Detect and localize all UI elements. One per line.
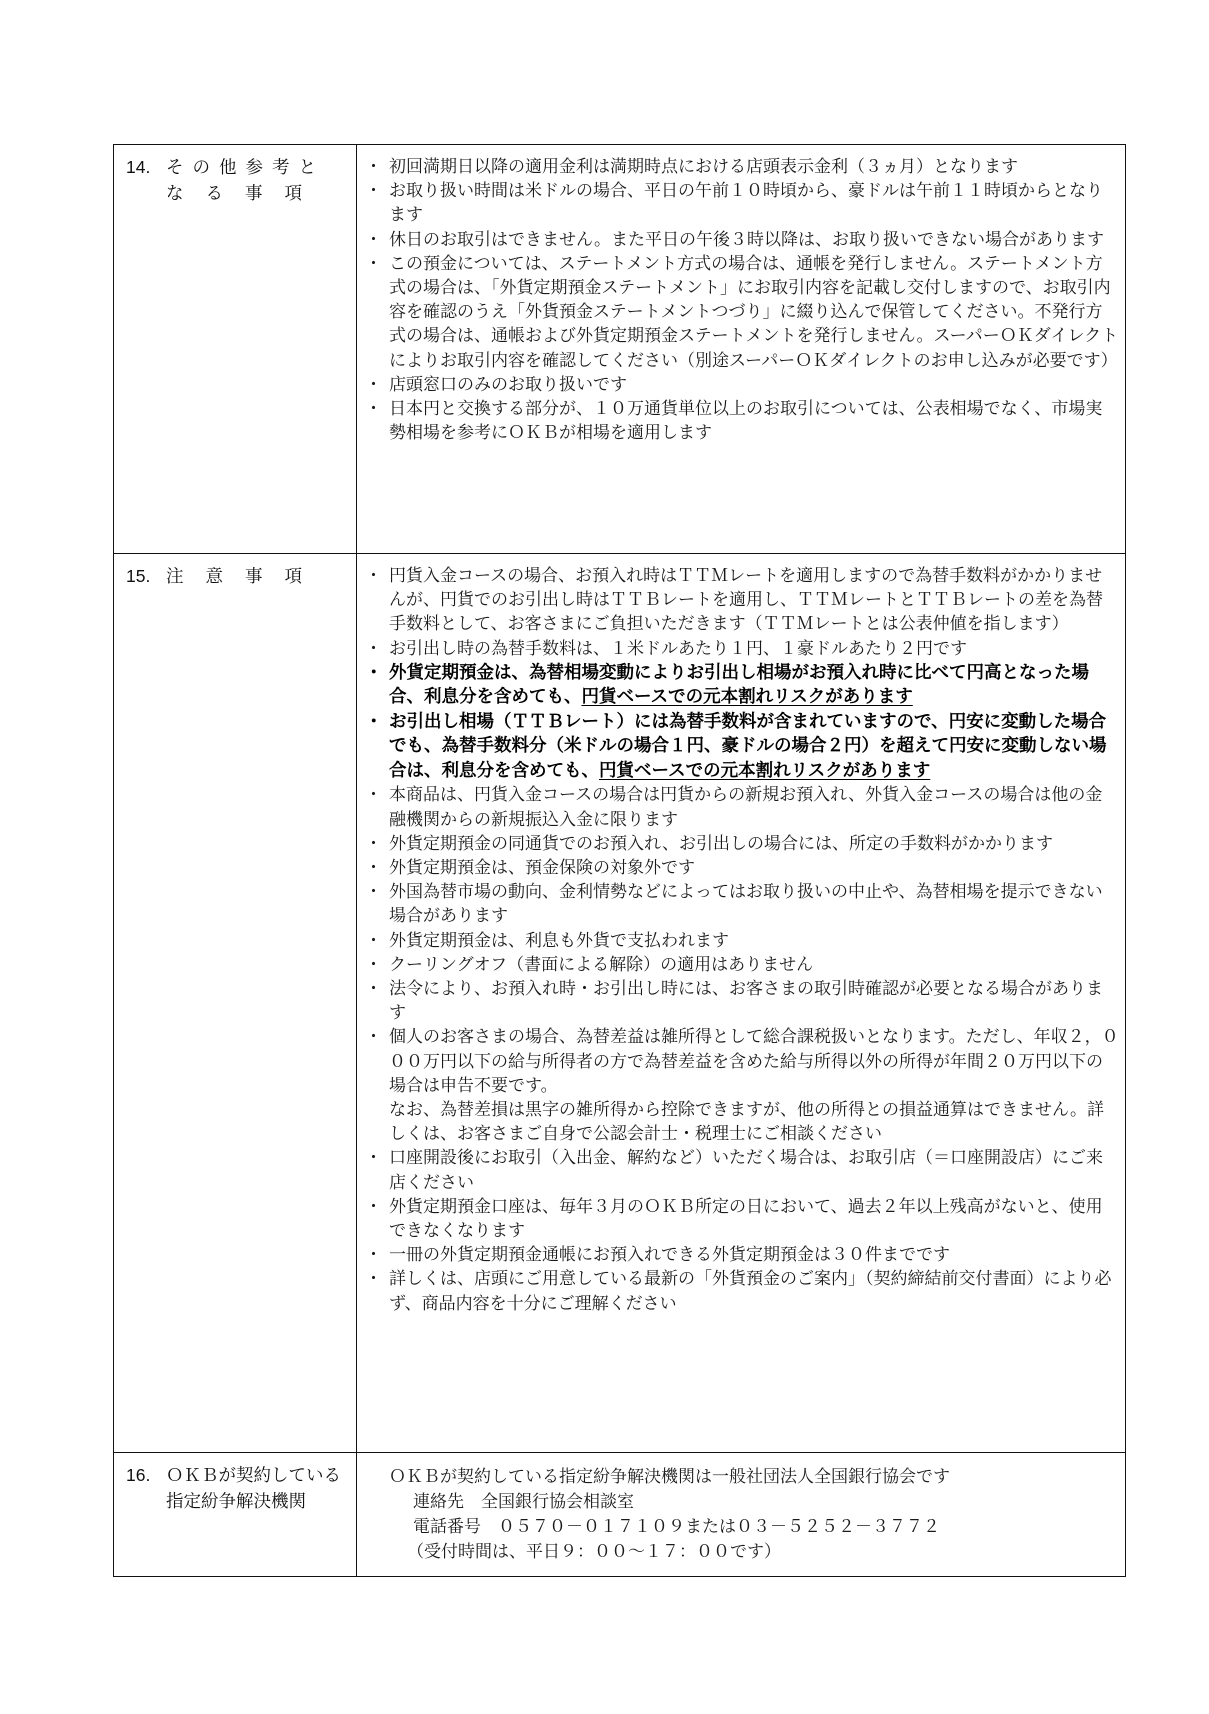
section-14-row: 14.その他参考と なる事項 初回満期日以降の適用金利は満期時点における店頭表示… xyxy=(114,145,1126,554)
list-item: 外貨定期預金は、預金保険の対象外です xyxy=(369,856,1119,880)
list-item: 一冊の外貨定期預金通帳にお預入れできる外貨定期預金は３０件までです xyxy=(369,1243,1119,1267)
section-title-line2: 指定紛争解決機関 xyxy=(166,1491,306,1511)
list-item-risk-warning: 外貨定期預金は、為替相場変動によりお引出し相場がお預入れ時に比べて円高となった場… xyxy=(369,661,1119,710)
list-item: 日本円と交換する部分が、１０万通貨単位以上のお取引については、公表相場でなく、市… xyxy=(369,397,1119,445)
section-14-list: 初回満期日以降の適用金利は満期時点における店頭表示金利（３ヵ月）となります お取… xyxy=(357,145,1125,449)
list-item: 本商品は、円貨入金コースの場合は円貨からの新規お預入れ、外貨入金コースの場合は他… xyxy=(369,783,1119,831)
business-hours: （受付時間は、平日９：００～１７：００です） xyxy=(389,1540,1119,1565)
section-14-content-cell: 初回満期日以降の適用金利は満期時点における店頭表示金利（３ヵ月）となります お取… xyxy=(357,145,1126,554)
section-14-label: 14.その他参考と なる事項 xyxy=(114,145,356,206)
section-title-line2: なる事項 xyxy=(166,183,324,203)
list-item-risk-warning: お引出し相場（ＴＴＢレート）には為替手数料が含まれていますので、円安に変動した場… xyxy=(369,710,1119,784)
section-15-content-cell: 円貨入金コースの場合、お預入れ時はＴＴＭレートを適用しますので為替手数料がかかり… xyxy=(357,554,1126,1453)
tax-text: 個人のお客さまの場合、為替差益は雑所得として総合課税扱いとなります。ただし、年収… xyxy=(389,1027,1119,1095)
section-15-list: 円貨入金コースの場合、お預入れ時はＴＴＭレートを適用しますので為替手数料がかかり… xyxy=(357,554,1125,1320)
list-item-tax: 個人のお客さまの場合、為替差益は雑所得として総合課税扱いとなります。ただし、年収… xyxy=(369,1025,1119,1146)
list-item: お引出し時の為替手数料は、１米ドルあたり１円、１豪ドルあたり２円です xyxy=(369,637,1119,661)
section-16-content-cell: ＯＫＢが契約している指定紛争解決機関は一般社団法人全国銀行協会です 連絡先 全国… xyxy=(357,1453,1126,1577)
list-item: 外貨定期預金口座は、毎年３月のＯＫＢ所定の日において、過去２年以上残高がないと、… xyxy=(369,1195,1119,1243)
list-item: 休日のお取引はできません。また平日の午後３時以降は、お取り扱いできない場合があり… xyxy=(369,228,1119,252)
section-16-label: 16.ＯＫＢが契約している 指定紛争解決機関 xyxy=(114,1453,356,1514)
section-title-line1: 注意事項 xyxy=(166,566,324,586)
section-number: 15. xyxy=(126,563,166,589)
risk-text-underlined: 円貨ベースでの元本割れリスクがあります xyxy=(582,687,913,707)
list-item: 外貨定期預金は、利息も外貨で支払われます xyxy=(369,929,1119,953)
list-item: 口座開設後にお取引（入出金、解約など）いただく場合は、お取引店（＝口座開設店）に… xyxy=(369,1146,1119,1194)
section-15-label: 15.注意事項 xyxy=(114,554,356,589)
phone-number: 電話番号 ０５７０－０１７１０９または０３－５２５２－３７７２ xyxy=(389,1515,1119,1540)
section-16-row: 16.ＯＫＢが契約している 指定紛争解決機関 ＯＫＢが契約している指定紛争解決機… xyxy=(114,1453,1126,1577)
list-item: 詳しくは、店頭にご用意している最新の「外貨預金のご案内」（契約締結前交付書面）に… xyxy=(369,1267,1119,1315)
section-title-line1: その他参考と xyxy=(166,157,325,177)
terms-table: 14.その他参考と なる事項 初回満期日以降の適用金利は満期時点における店頭表示… xyxy=(113,144,1126,1577)
section-14-label-cell: 14.その他参考と なる事項 xyxy=(114,145,357,554)
list-item: お取り扱い時間は米ドルの場合、平日の午前１０時頃から、豪ドルは午前１１時頃からと… xyxy=(369,179,1119,227)
section-15-label-cell: 15.注意事項 xyxy=(114,554,357,1453)
contact-name: 連絡先 全国銀行協会相談室 xyxy=(389,1490,1119,1515)
dispute-resolution-info: ＯＫＢが契約している指定紛争解決機関は一般社団法人全国銀行協会です 連絡先 全国… xyxy=(357,1453,1125,1569)
list-item: 初回満期日以降の適用金利は満期時点における店頭表示金利（３ヵ月）となります xyxy=(369,155,1119,179)
risk-text-underlined: 円貨ベースでの元本割れリスクがあります xyxy=(599,761,930,781)
list-item: 法令により、お預入れ時・お引出し時には、お客さまの取引時確認が必要となる場合があ… xyxy=(369,977,1119,1025)
list-item: 外国為替市場の動向、金利情勢などによってはお取り扱いの中止や、為替相場を提示でき… xyxy=(369,880,1119,928)
list-item: 外貨定期預金の同通貨でのお預入れ、お引出しの場合には、所定の手数料がかかります xyxy=(369,832,1119,856)
tax-text-extra: なお、為替差損は黒字の雑所得から控除できますが、他の所得との損益通算はできません… xyxy=(389,1098,1119,1146)
list-item: この預金については、ステートメント方式の場合は、通帳を発行しません。ステートメン… xyxy=(369,252,1119,373)
section-number: 14. xyxy=(126,154,166,180)
section-number: 16. xyxy=(126,1462,166,1488)
list-item: クーリングオフ（書面による解除）の適用はありません xyxy=(369,953,1119,977)
section-15-row: 15.注意事項 円貨入金コースの場合、お預入れ時はＴＴＭレートを適用しますので為… xyxy=(114,554,1126,1453)
section-16-label-cell: 16.ＯＫＢが契約している 指定紛争解決機関 xyxy=(114,1453,357,1577)
list-item: 店頭窓口のみのお取り扱いです xyxy=(369,373,1119,397)
section-title-line1: ＯＫＢが契約している xyxy=(166,1465,341,1485)
list-item: 円貨入金コースの場合、お預入れ時はＴＴＭレートを適用しますので為替手数料がかかり… xyxy=(369,564,1119,637)
dispute-intro: ＯＫＢが契約している指定紛争解決機関は一般社団法人全国銀行協会です xyxy=(389,1467,950,1487)
